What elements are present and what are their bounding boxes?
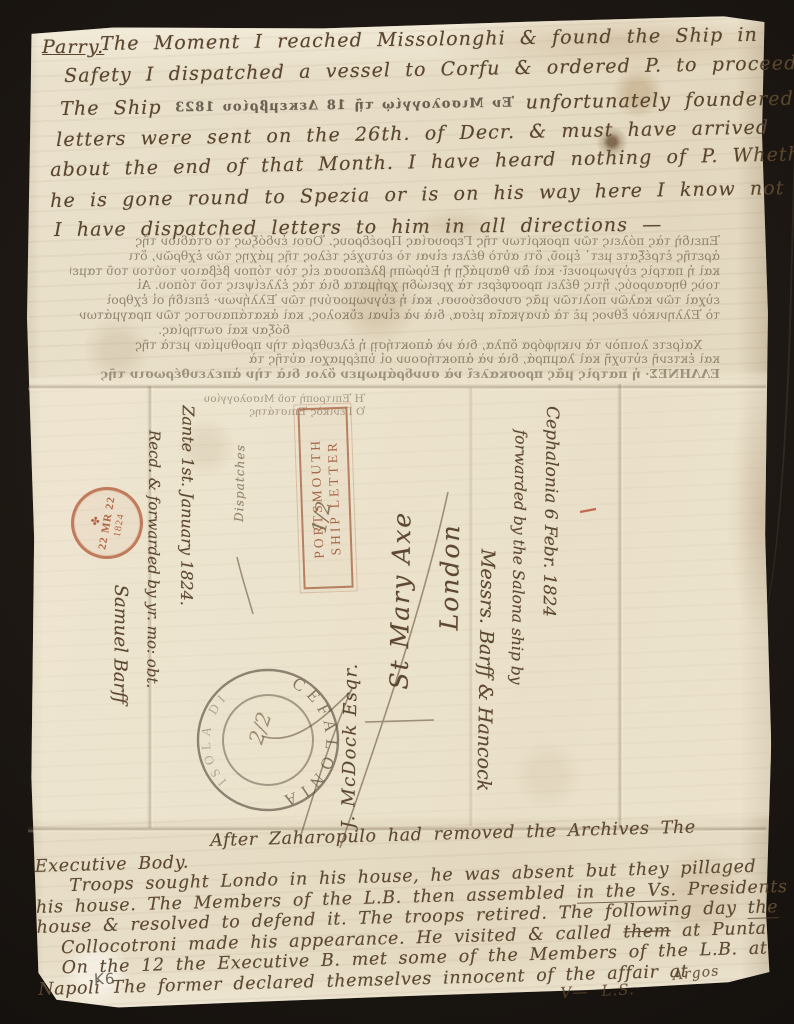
greek-line: τοὺς θησαυρούς, ἥτις θέλει προσφέρει τὰ …	[70, 278, 720, 293]
greek-line: ΕΛΛΗΝΕΣ· ἡ πατρὶς μᾶς προσκαλεῖ νὰ συνδρ…	[70, 367, 720, 382]
greek-bleedthrough-fragment: Ἐν Μισολογγίῳ τῇ 18 Δεκεμβρίου 1823	[174, 95, 514, 115]
address-city: London	[425, 420, 477, 631]
greek-line: Χαίρετε λοιπὸν τὰ νικηφόρα ὅπλα, διὰ νὰ …	[70, 338, 702, 353]
bottom-note-part: Presidents	[676, 876, 788, 899]
greek-line: τὸ Ἑλληνικὸν ἔθνος μὲ τὰ ἀναγκαῖα μέσα, …	[70, 308, 720, 323]
catalog-number-label: K6	[94, 970, 116, 989]
vertical-fold-3	[617, 384, 624, 828]
address-street: St Mary Axe	[374, 419, 429, 690]
bottom-note-struck: them	[623, 921, 671, 942]
greek-line: δόξαν καὶ σωτηρίας.	[70, 323, 290, 338]
portsmouth-ship-letter-stamp: PORTSMOUTH SHIP LETTER	[297, 407, 353, 590]
greek-caption-line: Ἡ Ἐπιτροπὴ τοῦ Μισολογγίου	[205, 393, 365, 406]
top-note-line-part: The Ship	[60, 97, 162, 120]
top-note-line-part: unfortunately foundered, but the	[525, 86, 794, 113]
endorsement-line: Recd. & forwarded by yr. mo: obt.	[135, 430, 170, 815]
top-note-keyword: Parry.	[42, 36, 104, 58]
greek-line: καὶ ἡ πατρὶς εὐγνωμονεῖ· καὶ ἂν θαυμάζῃ …	[70, 264, 720, 279]
bottom-note: After Zaharopulo had removed the Archive…	[32, 816, 768, 1000]
scanned-letter-page: Parry. The Moment I reached Missolonghi …	[0, 0, 794, 1024]
greek-printed-bleedthrough: Ἐπειδὴ τὰς πόλεις τῶν προκρίτων τῆς Γερο…	[70, 234, 720, 382]
bottom-note-underlined: the	[747, 897, 778, 919]
horizontal-fold-upper	[28, 384, 766, 391]
greek-line: ἀρετῆς ἐτρέξατε μετ᾽ ἐμοῦ, ὅτι αὐτὸ θέλε…	[70, 249, 720, 264]
bottom-note-signoff: V— L.S.	[560, 980, 635, 1002]
greek-line: καὶ ἐκτενῆ εὐτυχῆ καὶ λαμπρά, διὰ νὰ ἀπο…	[70, 352, 720, 367]
address-docket: Dispatches	[232, 412, 248, 522]
bottom-note-part: at Punta	[671, 918, 767, 941]
endorsement-signature: Samuel Barff	[101, 585, 137, 815]
greek-line: Ἐπειδὴ τὰς πόλεις τῶν προκρίτων τῆς Γερο…	[70, 234, 720, 249]
cephalonia-endorsement: Cephalonia 6 Febr. 1824 forwarded by the…	[466, 399, 568, 831]
stamp-line: SHIP LETTER	[323, 440, 344, 556]
greek-line: εὐχαὶ τῶν καλῶν πολιτῶν μᾶς συνοδεύουσι,…	[70, 293, 720, 308]
